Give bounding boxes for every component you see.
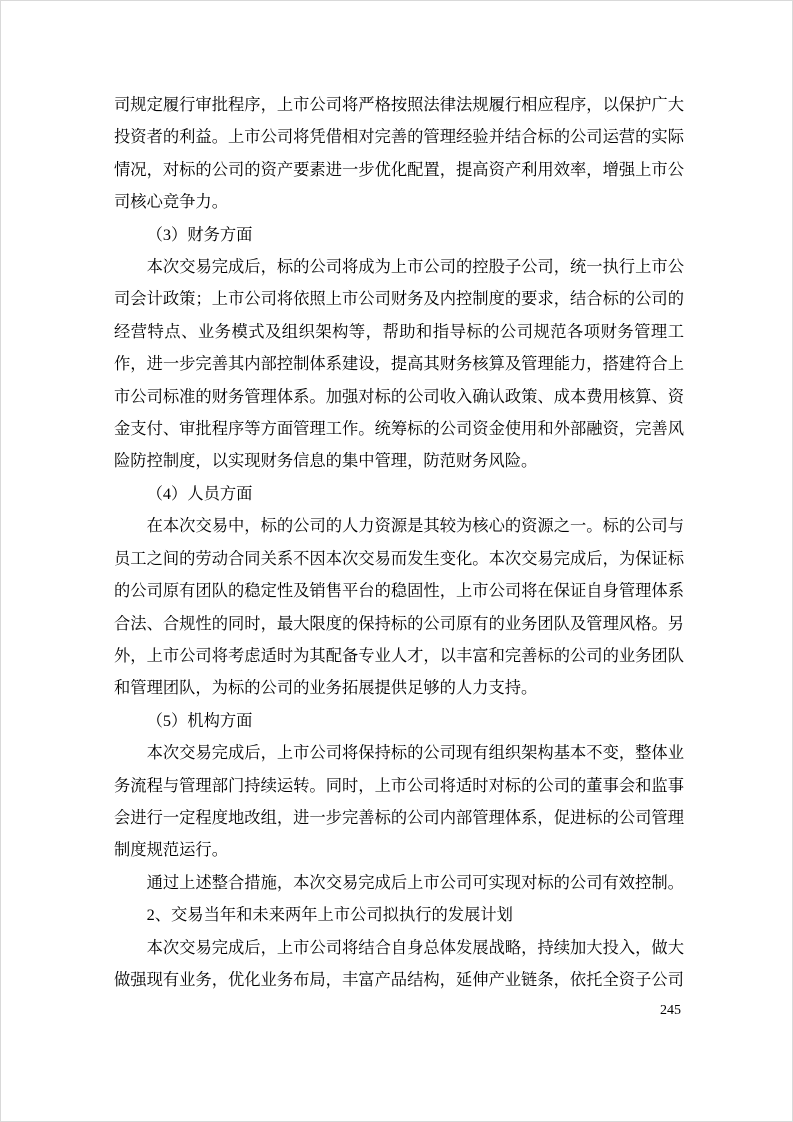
heading-personnel-aspect: （4）人员方面 xyxy=(114,478,684,510)
paragraph-finance: 本次交易完成后，标的公司将成为上市公司的控股子公司，统一执行上市公司会计政策；上… xyxy=(114,251,684,478)
paragraph-organization: 本次交易完成后，上市公司将保持标的公司现有组织架构基本不变，整体业务流程与管理部… xyxy=(114,737,684,867)
heading-organization-aspect: （5）机构方面 xyxy=(114,705,684,737)
paragraph-integration-summary: 通过上述整合措施，本次交易完成后上市公司可实现对标的公司有效控制。 xyxy=(114,867,684,899)
paragraph-development-plan: 本次交易完成后，上市公司将结合自身总体发展战略，持续加大投入，做大做强现有业务，… xyxy=(114,932,684,997)
heading-finance-aspect: （3）财务方面 xyxy=(114,219,684,251)
heading-development-plan: 2、交易当年和未来两年上市公司拟执行的发展计划 xyxy=(114,899,684,931)
paragraph-personnel: 在本次交易中，标的公司的人力资源是其较为核心的资源之一。标的公司与员工之间的劳动… xyxy=(114,510,684,704)
page-number: 245 xyxy=(660,1002,681,1020)
paragraph-continuation: 司规定履行审批程序，上市公司将严格按照法律法规履行相应程序，以保护广大投资者的利… xyxy=(114,89,684,219)
document-page: 司规定履行审批程序，上市公司将严格按照法律法规履行相应程序，以保护广大投资者的利… xyxy=(0,0,793,1122)
document-body: 司规定履行审批程序，上市公司将严格按照法律法规履行相应程序，以保护广大投资者的利… xyxy=(114,89,684,996)
